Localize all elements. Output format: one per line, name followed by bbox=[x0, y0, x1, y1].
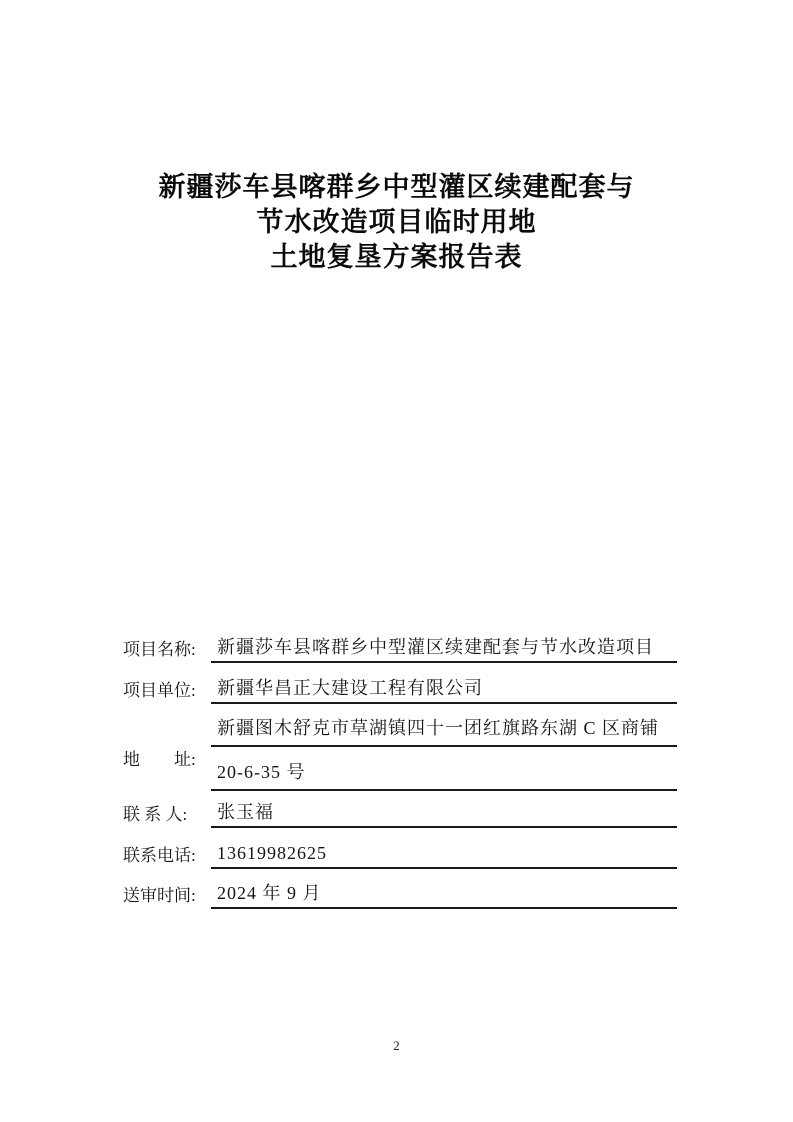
address-values: 新疆图木舒克市草湖镇四十一团红旗路东湖 C 区商铺 20-6-35 号 bbox=[211, 718, 677, 791]
address-value-line-1: 新疆图木舒克市草湖镇四十一团红旗路东湖 C 区商铺 bbox=[211, 718, 677, 747]
document-page: 新疆莎车县喀群乡中型灌区续建配套与 节水改造项目临时用地 土地复垦方案报告表 项… bbox=[0, 0, 793, 1122]
address-value-line-2: 20-6-35 号 bbox=[211, 762, 677, 791]
field-project-unit: 项目单位: 新疆华昌正大建设工程有限公司 bbox=[123, 677, 677, 704]
field-address: 地 址: 新疆图木舒克市草湖镇四十一团红旗路东湖 C 区商铺 20-6-35 号 bbox=[123, 718, 677, 788]
project-unit-label: 项目单位: bbox=[123, 680, 211, 704]
contact-phone-label: 联系电话: bbox=[123, 845, 211, 869]
contact-person-value: 张玉福 bbox=[211, 802, 677, 828]
submission-date-label: 送审时间: bbox=[123, 885, 211, 909]
submission-date-value: 2024 年 9 月 bbox=[211, 883, 677, 909]
project-name-label: 项目名称: bbox=[123, 639, 211, 663]
project-unit-value: 新疆华昌正大建设工程有限公司 bbox=[211, 678, 677, 704]
page-number: 2 bbox=[0, 1038, 793, 1054]
address-label: 地 址: bbox=[123, 749, 211, 773]
contact-person-label: 联 系 人: bbox=[123, 804, 211, 828]
title-line-2: 节水改造项目临时用地 bbox=[0, 205, 793, 240]
field-project-name: 项目名称: 新疆莎车县喀群乡中型灌区续建配套与节水改造项目 bbox=[123, 636, 677, 663]
title-line-1: 新疆莎车县喀群乡中型灌区续建配套与 bbox=[0, 170, 793, 205]
field-contact-person: 联 系 人: 张玉福 bbox=[123, 801, 677, 828]
title-line-3: 土地复垦方案报告表 bbox=[0, 240, 793, 275]
project-name-value: 新疆莎车县喀群乡中型灌区续建配套与节水改造项目 bbox=[211, 637, 677, 663]
field-contact-phone: 联系电话: 13619982625 bbox=[123, 842, 677, 869]
field-submission-date: 送审时间: 2024 年 9 月 bbox=[123, 882, 677, 909]
document-title: 新疆莎车县喀群乡中型灌区续建配套与 节水改造项目临时用地 土地复垦方案报告表 bbox=[0, 170, 793, 275]
contact-phone-value: 13619982625 bbox=[211, 843, 677, 869]
